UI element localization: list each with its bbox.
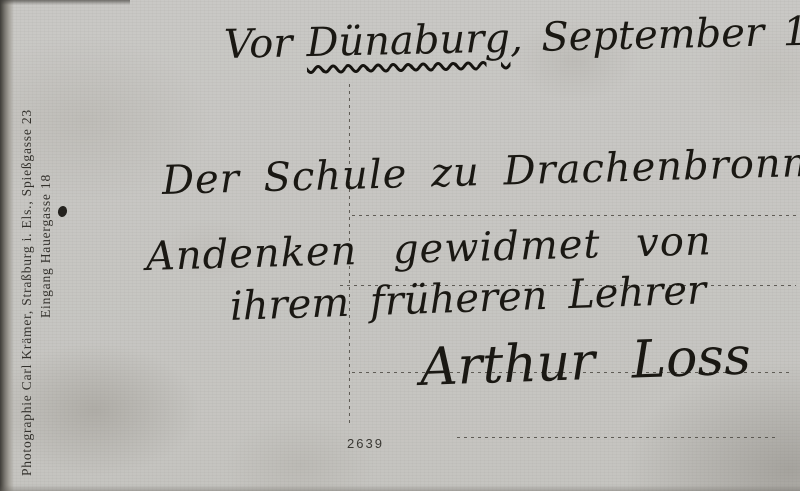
publisher-line-1: Photographie Carl Krämer, Straßburg i. E… [17, 16, 36, 476]
publisher-imprint: Photographie Carl Krämer, Straßburg i. E… [17, 16, 55, 476]
address-dotted-line-4 [457, 437, 779, 438]
publisher-line-2: Eingang Hauergasse 18 [36, 16, 55, 476]
headline-handwriting: VorDünaburg, September 1917. [223, 7, 800, 68]
serial-number: 2639 [347, 436, 384, 451]
signature-handwriting: Arthur Loss [419, 326, 752, 398]
postcard-scan: Photographie Carl Krämer, Straßburg i. E… [0, 0, 800, 491]
headline-prefix: Vor [223, 20, 292, 68]
card-top-edge-shadow [0, 0, 130, 5]
headline-place-underlined: Dünaburg [306, 16, 511, 67]
address-dotted-line-1 [352, 215, 796, 216]
card-left-edge-shadow [0, 0, 14, 491]
message-line-3: ihrem früheren Lehrer [229, 267, 707, 330]
headline-date: , September 1917. [509, 7, 800, 62]
card-bottom-edge-shadow [0, 485, 800, 491]
ink-spot [57, 205, 69, 218]
message-line-1: Der Schule zu Drachenbronn zum [161, 137, 800, 204]
